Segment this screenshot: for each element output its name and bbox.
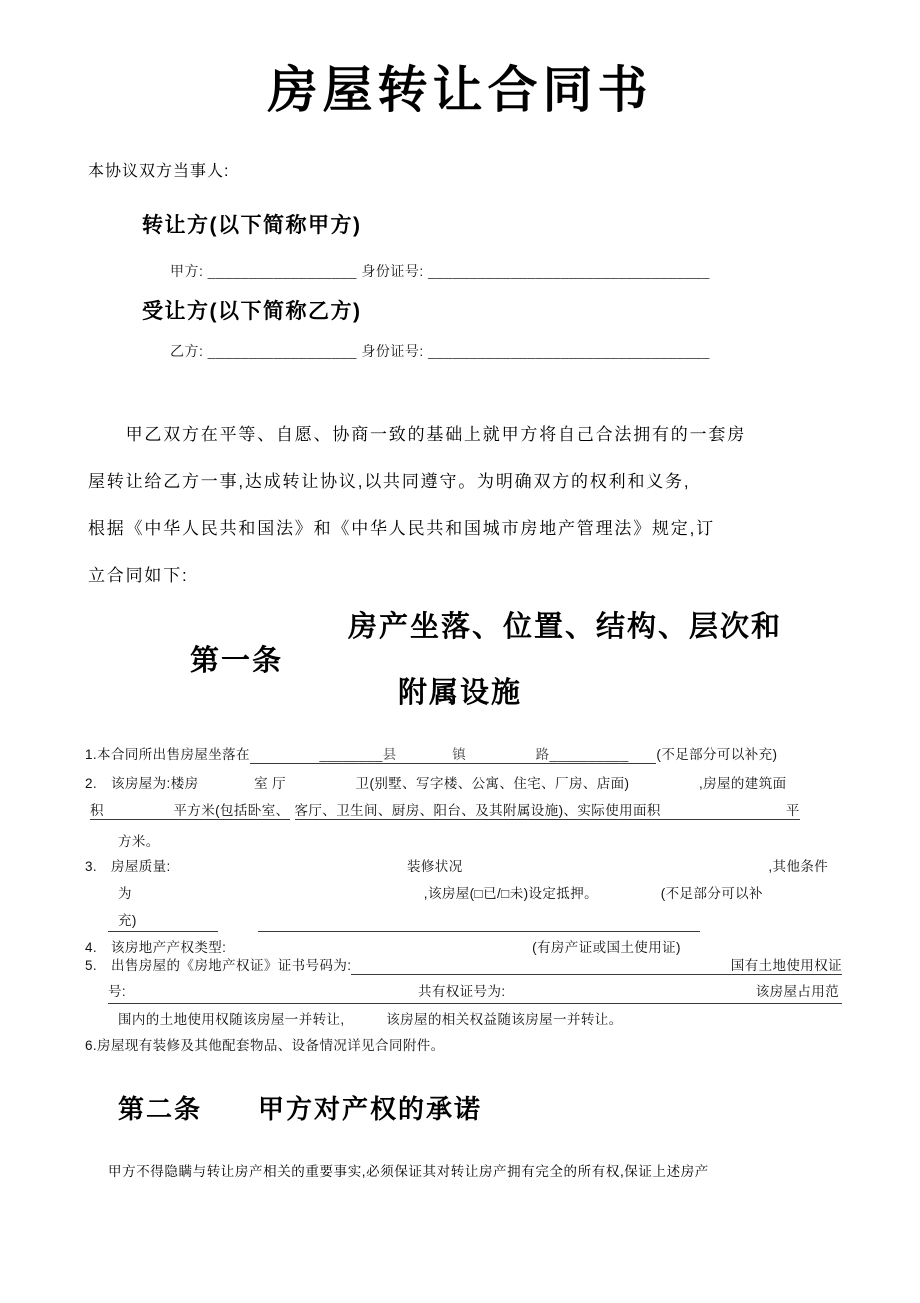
item-4: 4. 该房地产产权类型: (有房产证或国土使用证) xyxy=(85,936,681,956)
article1-heading-line2: 附属设施 xyxy=(398,670,522,711)
preamble-line-4: 立合同如下: xyxy=(88,561,189,586)
rule-line-right xyxy=(258,931,700,932)
item-1: 1.本合同所出售房屋坐落在 ________县 镇 路__________ (不… xyxy=(85,743,777,764)
item-1-blank-field: ________县 镇 路__________ xyxy=(250,743,656,764)
item-2-area-blank: 积 平方米(包括卧室、 xyxy=(90,799,290,820)
item-2-line-3: 方米。 xyxy=(118,830,160,850)
doc-title: 房屋转让合同书 xyxy=(0,50,920,122)
article1-heading-line1: 房产坐落、位置、结构、层次和 xyxy=(348,604,782,645)
party-a-name-blank: __________________ xyxy=(208,263,357,279)
item-5-line-1: 5. 出售房屋的《房地产权证》证书号码为:国有土地使用权证 xyxy=(85,954,842,975)
item-3-line-1: 3. 房屋质量: 装修状况 ,其他条件 xyxy=(85,855,828,875)
party-b-id-blank: __________________________________ xyxy=(428,343,710,359)
article2-title: 甲方对产权的承诺 xyxy=(258,1089,482,1126)
party-b-name-blank: __________________ xyxy=(208,343,357,359)
item-1-suffix: (不足部分可以补充) xyxy=(656,743,777,764)
party-b-row: 乙方: __________________ 身份证号: ___________… xyxy=(170,341,710,361)
transferor-heading: 转让方(以下简称甲方) xyxy=(142,209,362,239)
item-5-line-3: 围内的土地使用权随该房屋一并转让, 该房屋的相关权益随该房屋一并转让。 xyxy=(118,1008,623,1028)
transferee-heading: 受让方(以下简称乙方) xyxy=(142,295,362,325)
contract-page: 房屋转让合同书 本协议双方当事人: 转让方(以下简称甲方) 甲方: ______… xyxy=(0,0,920,1303)
article2-number: 第二条 xyxy=(118,1089,202,1126)
item-3-line-3: 充) xyxy=(118,909,137,929)
item-5-line-2: 号: 共有权证号为: 该房屋占用范 xyxy=(108,980,842,1004)
preamble-line-1: 甲乙双方在平等、自愿、协商一致的基础上就甲方将自己合法拥有的一套房 xyxy=(88,420,746,445)
item-3-line-2: 为 ,该房屋(□已/□未)设定抵押。 (不足部分可以补 xyxy=(118,882,763,902)
item-2-line-2: 积 平方米(包括卧室、客厅、卫生间、厨房、阳台、及其附属设施)、实际使用面积 平 xyxy=(90,799,800,820)
item-2-line-1: 2. 该房屋为:楼房 室 厅 卫(别墅、写字楼、公寓、住宅、厂房、店面) ,房屋… xyxy=(85,772,787,792)
article1-number: 第一条 xyxy=(190,638,283,679)
article2-body: 甲方不得隐瞒与转让房产相关的重要事实,必须保证其对转让房产拥有完全的所有权,保证… xyxy=(108,1160,709,1180)
party-a-label: 甲方: xyxy=(170,263,203,279)
item-5-cert-blank: 国有土地使用权证 xyxy=(351,954,842,975)
article2-heading: 第二条甲方对产权的承诺 xyxy=(118,1089,482,1126)
item-1-prefix: 1.本合同所出售房屋坐落在 xyxy=(85,743,250,764)
parties-intro: 本协议双方当事人: xyxy=(88,158,229,181)
party-a-id-label: 身份证号: xyxy=(361,263,423,279)
party-b-label: 乙方: xyxy=(170,343,203,359)
rule-line-left xyxy=(108,931,218,932)
preamble-line-3: 根据《中华人民共和国法》和《中华人民共和国城市房地产管理法》规定,订 xyxy=(88,514,715,539)
preamble-line-2: 屋转让给乙方一事,达成转让协议,以共同遵守。为明确双方的权利和义务, xyxy=(88,467,690,492)
party-a-id-blank: __________________________________ xyxy=(428,263,710,279)
item-5-cert-label: 5. 出售房屋的《房地产权证》证书号码为: xyxy=(85,954,351,975)
party-a-row: 甲方: __________________ 身份证号: ___________… xyxy=(170,261,710,281)
item-2-usable-area-blank: 客厅、卫生间、厨房、阳台、及其附属设施)、实际使用面积 平 xyxy=(295,799,800,820)
party-b-id-label: 身份证号: xyxy=(361,343,423,359)
item-6: 6.房屋现有装修及其他配套物品、设备情况详见合同附件。 xyxy=(85,1034,445,1054)
